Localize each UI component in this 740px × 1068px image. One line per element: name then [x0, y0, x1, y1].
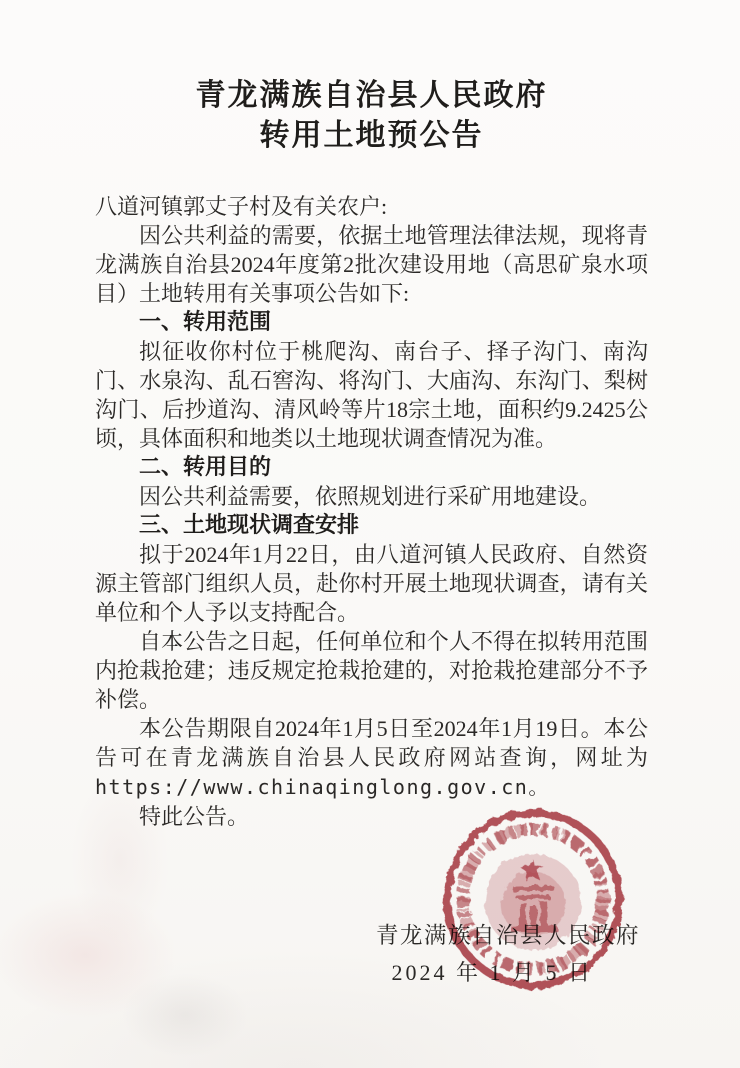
- section-2-paragraph: 因公共利益需要，依照规划进行采矿用地建设。: [95, 482, 648, 511]
- title-line-2: 转用土地预公告: [95, 116, 648, 156]
- section-1-heading: 一、转用范围: [95, 308, 648, 337]
- validity-text: 本公告期限自2024年1月5日至2024年1月19日。本公告可在青龙满族自治县人…: [95, 716, 648, 770]
- issue-date: 2024 年 1 月 5 日: [95, 958, 648, 988]
- title-line-1: 青龙满族自治县人民政府: [95, 76, 648, 116]
- closing-line: 特此公告。: [95, 802, 648, 831]
- document-title: 青龙满族自治县人民政府 转用土地预公告: [95, 76, 648, 156]
- document-body: 八道河镇郭丈子村及有关农户: 因公共利益的需要，依据土地管理法律法规，现将青龙满…: [95, 192, 648, 831]
- section-3-paragraph-2: 自本公告之日起，任何单位和个人不得在拟转用范围内抢栽抢建；违反规定抢栽抢建的，对…: [95, 627, 648, 714]
- intro-paragraph: 因公共利益的需要，依据土地管理法律法规，现将青龙满族自治县2024年度第2批次建…: [95, 221, 648, 308]
- document-content: 青龙满族自治县人民政府 转用土地预公告 八道河镇郭丈子村及有关农户: 因公共利益…: [0, 0, 740, 988]
- signature-block: 青龙满族自治县人民政府 2024 年 1 月 5 日: [95, 921, 648, 988]
- government-website-url: https://www.chinaqinglong.gov.cn。: [95, 775, 550, 799]
- section-3-paragraph-3: 本公告期限自2024年1月5日至2024年1月19日。本公告可在青龙满族自治县人…: [95, 714, 648, 802]
- scanned-announcement-page: 青龙满族自治县人民政府 转用土地预公告 八道河镇郭丈子村及有关农户: 因公共利益…: [0, 0, 740, 1068]
- section-3-paragraph-1: 拟于2024年1月22日，由八道河镇人民政府、自然资源主管部门组织人员，赴你村开…: [95, 540, 648, 627]
- issuer-name: 青龙满族自治县人民政府: [95, 921, 648, 951]
- section-2-heading: 二、转用目的: [95, 453, 648, 482]
- section-1-paragraph: 拟征收你村位于桃爬沟、南台子、择子沟门、南沟门、水泉沟、乱石窖沟、将沟门、大庙沟…: [95, 337, 648, 453]
- section-3-heading: 三、土地现状调查安排: [95, 511, 648, 540]
- salutation: 八道河镇郭丈子村及有关农户:: [95, 192, 648, 221]
